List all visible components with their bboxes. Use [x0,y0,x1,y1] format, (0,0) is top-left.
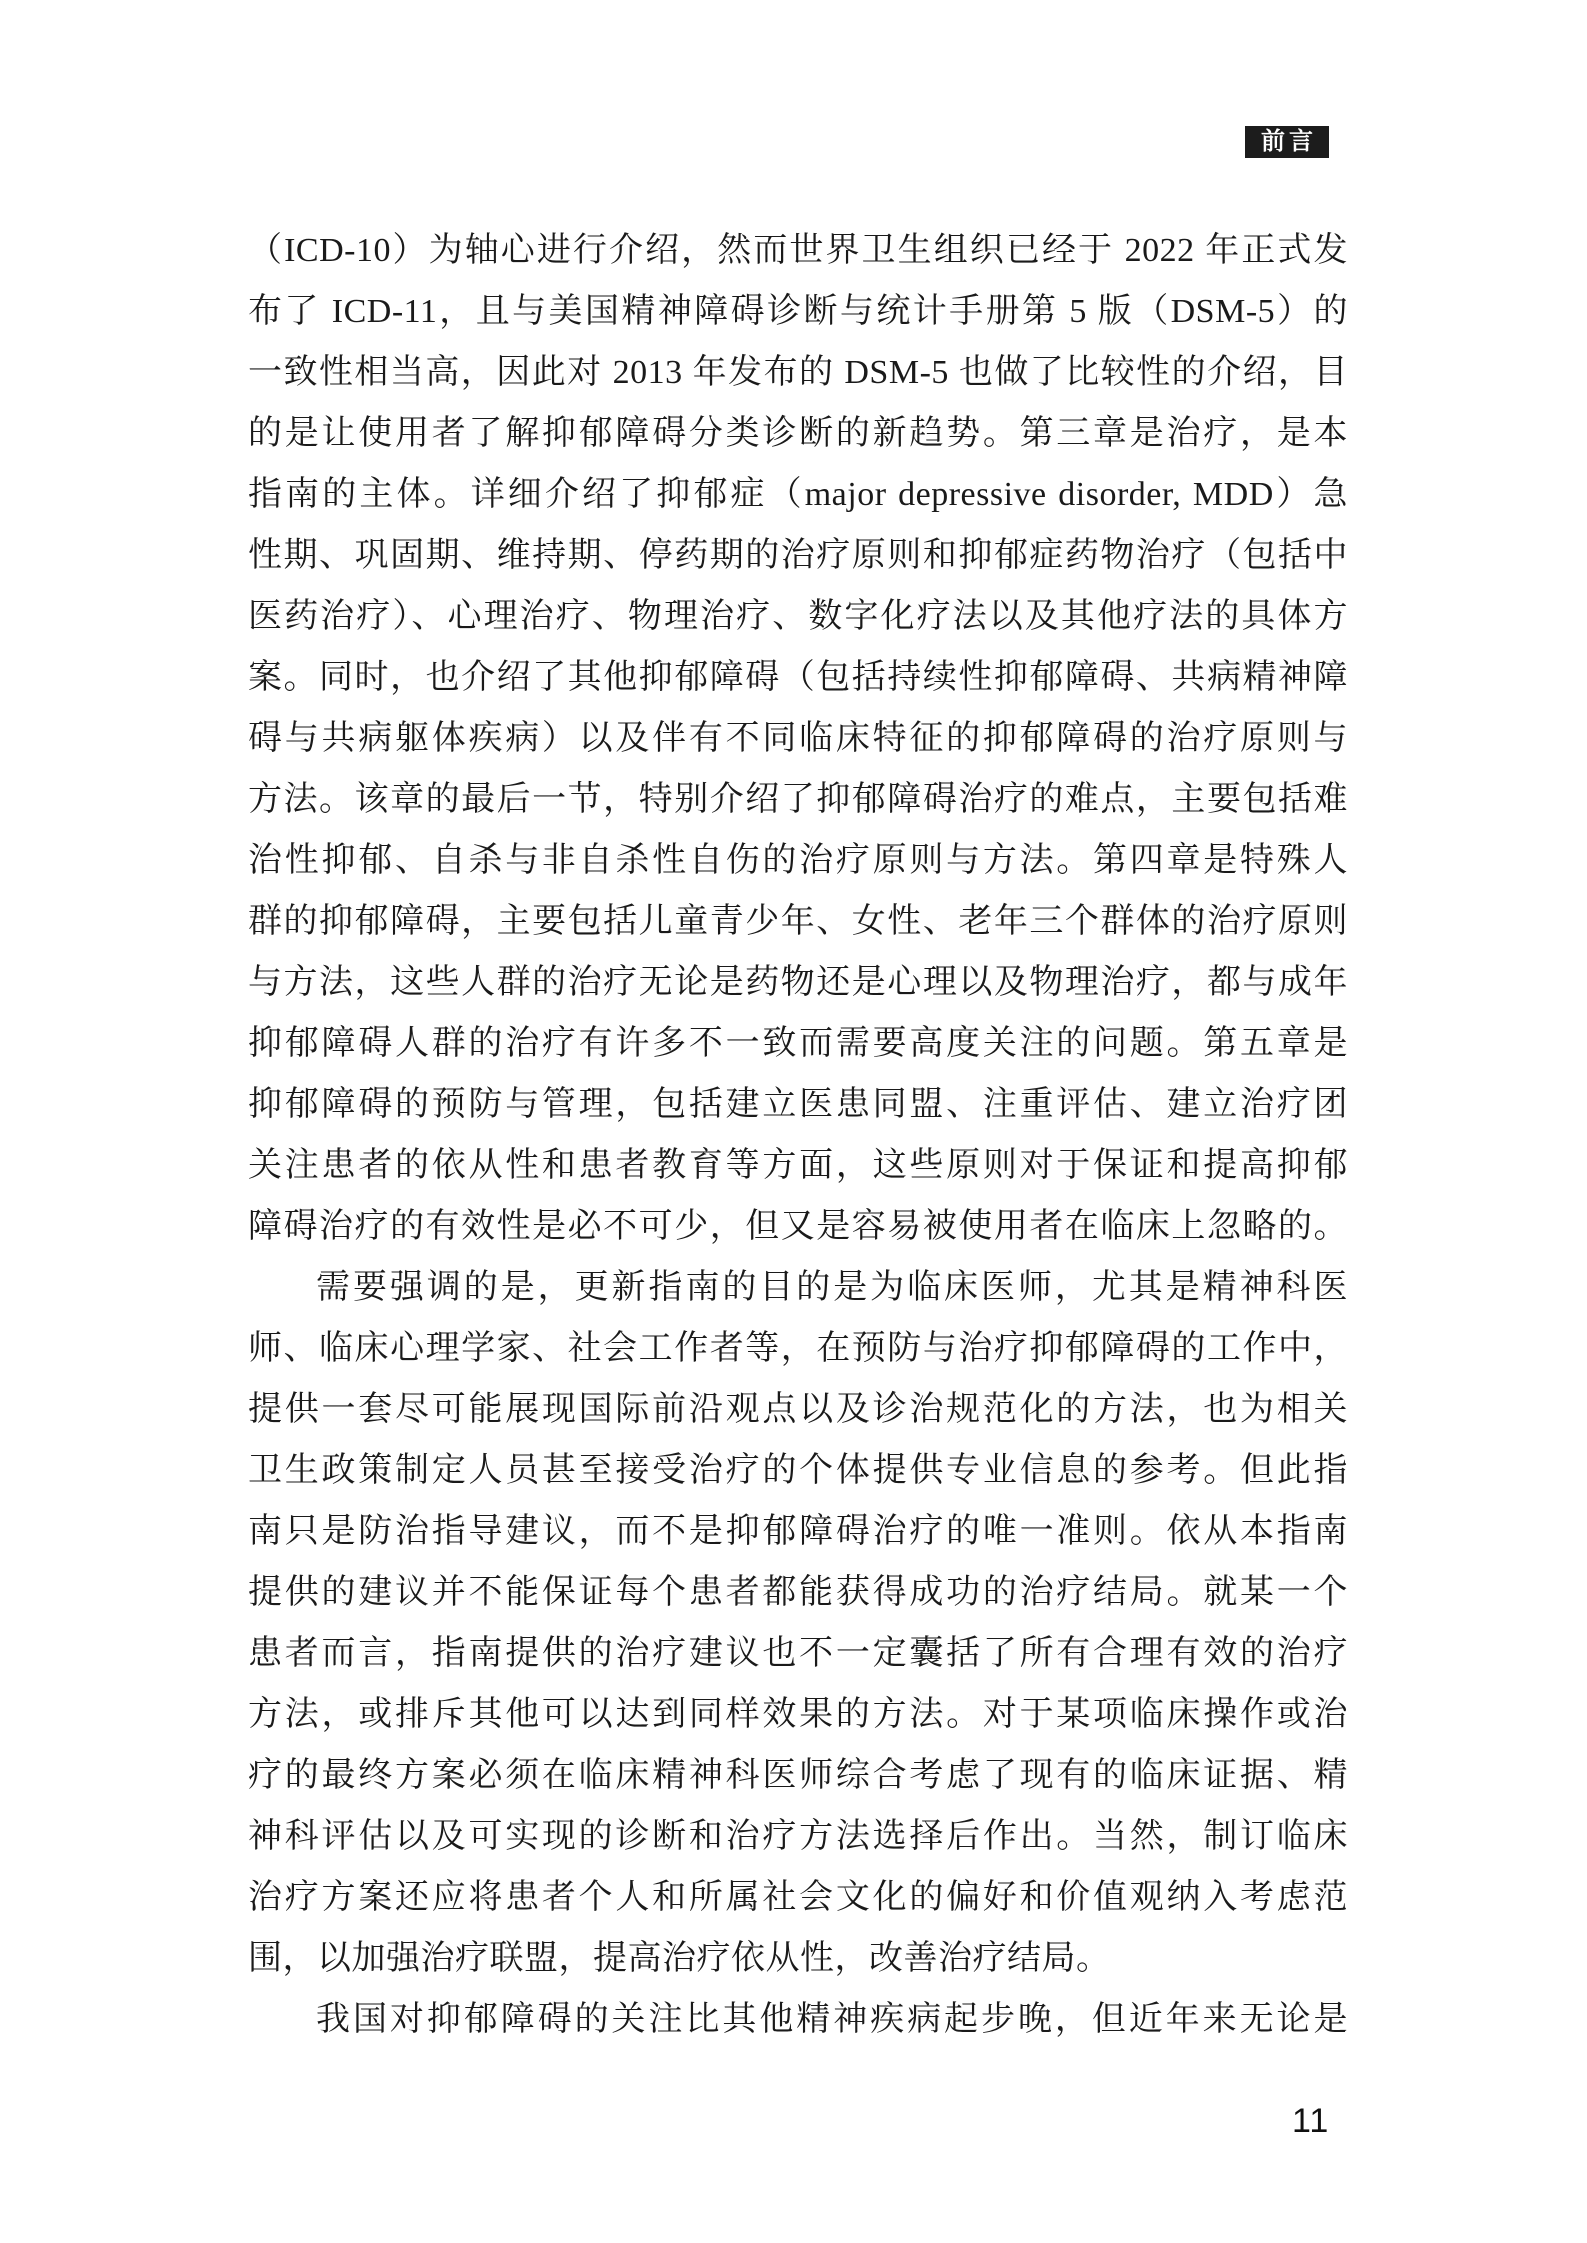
text-line: 群的抑郁障碍，主要包括儿童青少年、女性、老年三个群体的治疗原则 [248,891,1348,952]
text-line: （ICD-10）为轴心进行介绍，然而世界卫生组织已经于 2022 年正式发 [248,220,1348,281]
text-line: 方法，或排斥其他可以达到同样效果的方法。对于某项临床操作或治 [248,1684,1348,1745]
text-line: 抑郁障碍人群的治疗有许多不一致而需要高度关注的问题。第五章是 [248,1013,1348,1074]
text-line: 师、临床心理学家、社会工作者等，在预防与治疗抑郁障碍的工作中， [248,1318,1348,1379]
text-line: 方法。该章的最后一节，特别介绍了抑郁障碍治疗的难点，主要包括难 [248,769,1348,830]
text-line: 一致性相当高，因此对 2013 年发布的 DSM-5 也做了比较性的介绍，目 [248,342,1348,403]
text-line: 碍与共病躯体疾病）以及伴有不同临床特征的抑郁障碍的治疗原则与 [248,708,1348,769]
page-number: 11 [1292,2100,1329,2142]
text-line: 卫生政策制定人员甚至接受治疗的个体提供专业信息的参考。但此指 [248,1440,1348,1501]
text-line: 指南的主体。详细介绍了抑郁症（major depressive disorder… [248,464,1348,525]
text-line: 需要强调的是，更新指南的目的是为临床医师，尤其是精神科医 [248,1257,1348,1318]
text-line: 南只是防治指导建议，而不是抑郁障碍治疗的唯一准则。依从本指南 [248,1501,1348,1562]
text-line: 医药治疗）、心理治疗、物理治疗、数字化疗法以及其他疗法的具体方 [248,586,1348,647]
text-line: 抑郁障碍的预防与管理，包括建立医患同盟、注重评估、建立治疗团队、 [248,1074,1348,1135]
text-line: 布了 ICD-11，且与美国精神障碍诊断与统计手册第 5 版（DSM-5）的 [248,281,1348,342]
text-line: 障碍治疗的有效性是必不可少，但又是容易被使用者在临床上忽略的。 [248,1196,1348,1257]
text-line: 患者而言，指南提供的治疗建议也不一定囊括了所有合理有效的治疗 [248,1623,1348,1684]
text-line: 疗的最终方案必须在临床精神科医师综合考虑了现有的临床证据、精 [248,1745,1348,1806]
text-line: 案。同时，也介绍了其他抑郁障碍（包括持续性抑郁障碍、共病精神障 [248,647,1348,708]
body-text: （ICD-10）为轴心进行介绍，然而世界卫生组织已经于 2022 年正式发 布了… [248,220,1348,2050]
text-line: 与方法，这些人群的治疗无论是药物还是心理以及物理治疗，都与成年 [248,952,1348,1013]
text-line: 治性抑郁、自杀与非自杀性自伤的治疗原则与方法。第四章是特殊人 [248,830,1348,891]
text-line: 性期、巩固期、维持期、停药期的治疗原则和抑郁症药物治疗（包括中 [248,525,1348,586]
book-page: 前言 （ICD-10）为轴心进行介绍，然而世界卫生组织已经于 2022 年正式发… [0,0,1587,2243]
text-line: 提供的建议并不能保证每个患者都能获得成功的治疗结局。就某一个 [248,1562,1348,1623]
header-badge: 前言 [1245,126,1329,158]
text-line: 的是让使用者了解抑郁障碍分类诊断的新趋势。第三章是治疗，是本 [248,403,1348,464]
text-line: 神科评估以及可实现的诊断和治疗方法选择后作出。当然，制订临床 [248,1806,1348,1867]
text-line: 我国对抑郁障碍的关注比其他精神疾病起步晚，但近年来无论是 [248,1989,1348,2050]
text-line: 围，以加强治疗联盟，提高治疗依从性，改善治疗结局。 [248,1928,1348,1989]
text-line: 关注患者的依从性和患者教育等方面，这些原则对于保证和提高抑郁 [248,1135,1348,1196]
text-line: 提供一套尽可能展现国际前沿观点以及诊治规范化的方法，也为相关 [248,1379,1348,1440]
text-line: 治疗方案还应将患者个人和所属社会文化的偏好和价值观纳入考虑范 [248,1867,1348,1928]
